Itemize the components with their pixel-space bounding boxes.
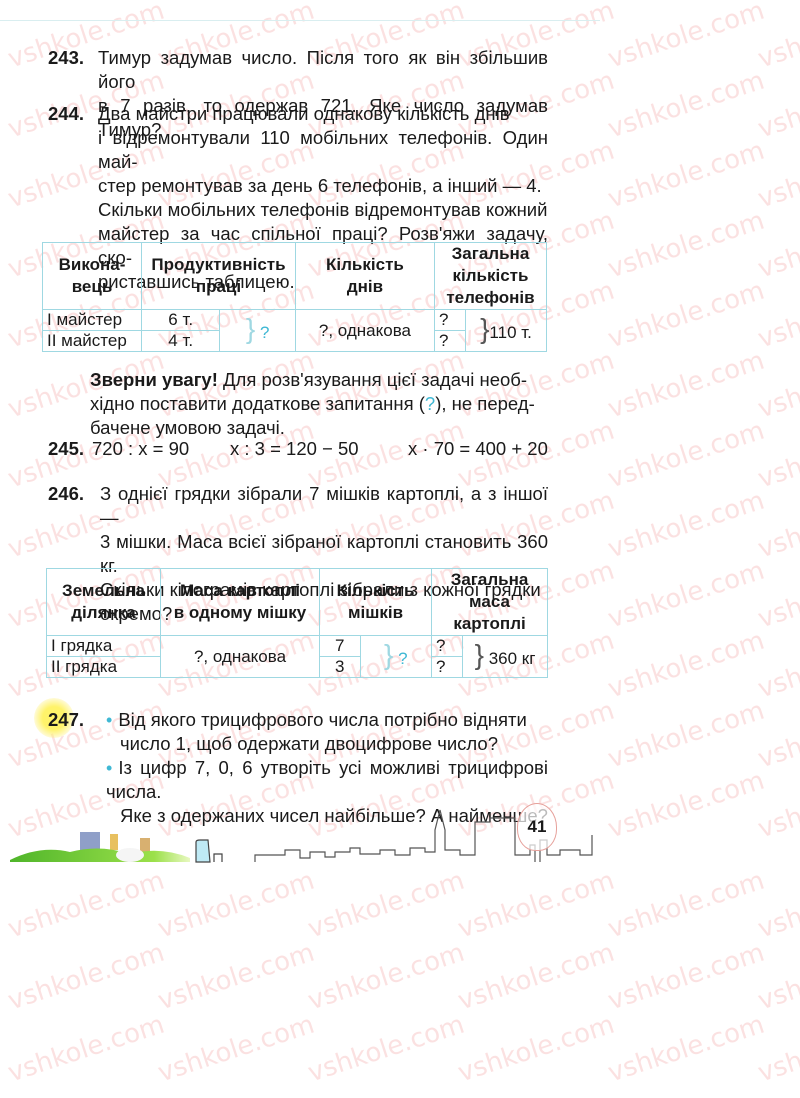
cell-performer: ІІ майстер	[43, 331, 142, 352]
watermark-text: vshkole.com	[754, 556, 800, 635]
watermark-text: vshkole.com	[154, 866, 318, 945]
task-number: 244.	[48, 102, 84, 126]
equation: x · 70 = 400 + 20	[408, 438, 548, 460]
cell-productivity-question: } ?	[220, 310, 296, 352]
cell-total: ?	[434, 310, 465, 331]
watermark-text: vshkole.com	[604, 486, 768, 565]
watermark-text: vshkole.com	[604, 206, 768, 285]
task-text-line: Тимур задумав число. Після того як він з…	[98, 46, 548, 94]
watermark-text: vshkole.com	[154, 938, 318, 1017]
table-244: Викона-вець Продуктивністьпраці Кількіст…	[42, 242, 547, 352]
watermark-text: vshkole.com	[754, 1010, 800, 1089]
watermark-text: vshkole.com	[4, 1010, 168, 1089]
watermark-text: vshkole.com	[154, 1010, 318, 1089]
header-mass-per-bag: Маса картоплів одному мішку	[161, 569, 320, 636]
cell-grand-total: } 360 кг	[463, 636, 548, 678]
cell-productivity: 6 т.	[142, 310, 220, 331]
cell-mass-per-bag: ?, однакова	[161, 636, 320, 678]
task-text-line: Два майстри працювали однакову кількість…	[98, 102, 548, 126]
note-text: бачене умовою задачі.	[90, 416, 548, 440]
watermark-text: vshkole.com	[604, 626, 768, 705]
watermark-text: vshkole.com	[454, 938, 618, 1017]
watermark-text: vshkole.com	[454, 1010, 618, 1089]
task-number: 246.	[48, 482, 84, 506]
watermark-text: vshkole.com	[604, 1010, 768, 1089]
watermark-text: vshkole.com	[454, 866, 618, 945]
page-number-badge: 41	[517, 803, 557, 851]
watermark-text: vshkole.com	[754, 66, 800, 145]
watermark-text: vshkole.com	[604, 66, 768, 145]
watermark-text: vshkole.com	[754, 136, 800, 215]
watermark-text: vshkole.com	[754, 866, 800, 945]
watermark-text: vshkole.com	[754, 416, 800, 495]
cell-total: ?	[432, 636, 463, 657]
watermark-text: vshkole.com	[754, 938, 800, 1017]
note-text: Для розв'язування цієї задачі необ-	[218, 369, 527, 390]
task-text-line: Із цифр 7, 0, 6 утворіть усі можливі три…	[106, 757, 548, 802]
watermark-text: vshkole.com	[4, 866, 168, 945]
cell-plot: ІІ грядка	[47, 657, 161, 678]
header-bags: Кількістьмішків	[320, 569, 432, 636]
watermark-text: vshkole.com	[604, 866, 768, 945]
cell-bags-question: } ?	[360, 636, 432, 678]
watermark-text: vshkole.com	[604, 346, 768, 425]
table-246: Земельнаділянка Маса картоплів одному мі…	[46, 568, 548, 678]
task-text-line: З однієї грядки зібрали 7 мішків картопл…	[100, 482, 548, 530]
watermark-text: vshkole.com	[604, 938, 768, 1017]
header-total-phones: Загальнакількістьтелефонів	[434, 243, 546, 310]
task-number: 245.	[48, 438, 84, 460]
task-text-line: Від якого трицифрового числа потрібно ві…	[118, 709, 527, 730]
task-text-line: число 1, щоб одержати двоцифрове число?	[120, 732, 548, 756]
bullet-icon: •	[106, 758, 112, 778]
top-grid-line	[0, 0, 600, 21]
cell-bags: 7	[320, 636, 361, 657]
header-performer: Викона-вець	[43, 243, 142, 310]
note-title: Зверни увагу!	[90, 369, 218, 390]
cell-total: ?	[434, 331, 465, 352]
header-productivity: Продуктивністьпраці	[142, 243, 296, 310]
watermark-text: vshkole.com	[754, 486, 800, 565]
cell-grand-total: }110 т.	[465, 310, 546, 352]
watermark-text: vshkole.com	[754, 276, 800, 355]
note-text: ), не перед-	[435, 393, 535, 414]
task-text-line: Скільки мобільних телефонів відремонтува…	[98, 198, 548, 222]
cell-total: ?	[432, 657, 463, 678]
task-number: 243.	[48, 46, 84, 70]
equation: 720 : x = 90	[92, 438, 189, 460]
cell-performer: І майстер	[43, 310, 142, 331]
header-plot: Земельнаділянка	[47, 569, 161, 636]
cell-plot: І грядка	[47, 636, 161, 657]
watermark-text: vshkole.com	[754, 206, 800, 285]
watermark-text: vshkole.com	[754, 626, 800, 705]
equation: x : 3 = 120 − 50	[230, 438, 359, 460]
watermark-text: vshkole.com	[604, 416, 768, 495]
watermark-text: vshkole.com	[754, 766, 800, 845]
watermark-text: vshkole.com	[754, 346, 800, 425]
watermark-text: vshkole.com	[754, 696, 800, 775]
watermark-text: vshkole.com	[604, 0, 768, 74]
note-text: хідно поставити додаткове запитання (	[90, 393, 425, 414]
city-skyline-illustration	[0, 800, 600, 865]
watermark-text: vshkole.com	[304, 938, 468, 1017]
bullet-icon: •	[106, 710, 112, 730]
task-text-line: стер ремонтував за день 6 телефонів, а і…	[98, 174, 548, 198]
header-total-mass: Загальнамасакартоплі	[432, 569, 548, 636]
watermark-text: vshkole.com	[604, 136, 768, 215]
watermark-text: vshkole.com	[604, 696, 768, 775]
task-number: 247.	[48, 708, 84, 732]
watermark-text: vshkole.com	[604, 766, 768, 845]
watermark-text: vshkole.com	[304, 866, 468, 945]
watermark-text: vshkole.com	[304, 1010, 468, 1089]
cell-productivity: 4 т.	[142, 331, 220, 352]
watermark-text: vshkole.com	[754, 0, 800, 74]
question-mark-symbol: ?	[425, 393, 435, 414]
header-days: Кількістьднів	[295, 243, 434, 310]
watermark-text: vshkole.com	[604, 276, 768, 355]
cell-days: ?, однакова	[295, 310, 434, 352]
note-block: Зверни увагу! Для розв'язування цієї зад…	[90, 368, 548, 440]
watermark-text: vshkole.com	[4, 938, 168, 1017]
watermark-text: vshkole.com	[604, 556, 768, 635]
task-text-line: і відремонтували 110 мобільних телефонів…	[98, 126, 548, 174]
cell-bags: 3	[320, 657, 361, 678]
